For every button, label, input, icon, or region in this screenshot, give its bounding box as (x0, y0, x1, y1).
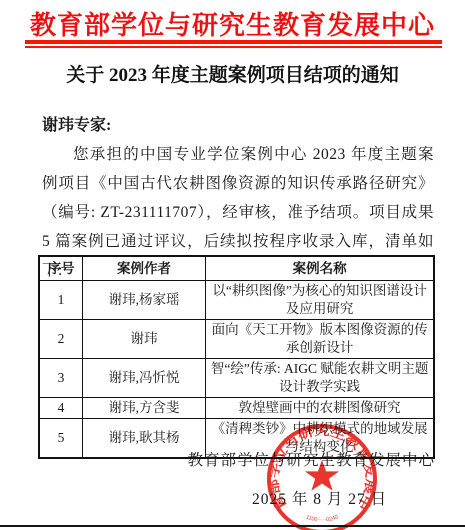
cell-title: 以“耕织图像”为核心的知识图谱设计及应用研究 (206, 281, 434, 320)
official-seal: 教育部学位与研究生教育发展中心 1100·····0240 (264, 421, 380, 530)
notice-document: 教育部学位与研究生教育发展中心 关于 2023 年度主题案例项目结项的通知 谢玮… (0, 0, 465, 530)
salutation: 谢玮专家: (42, 112, 111, 135)
cell-no: 1 (39, 281, 82, 320)
column-header-no: 序号 (39, 256, 82, 281)
letterhead-title: 教育部学位与研究生教育发展中心 (0, 5, 465, 42)
cell-no: 2 (39, 320, 82, 359)
column-header-title: 案例名称 (206, 256, 434, 281)
seal-code: 1100·····0240 (305, 515, 339, 524)
page-bottom-edge (0, 525, 465, 527)
cell-no: 4 (39, 398, 82, 419)
cell-authors: 谢玮 (82, 320, 205, 359)
table-row: 1 谢玮,杨家瑶 以“耕织图像”为核心的知识图谱设计及应用研究 (39, 281, 434, 320)
cell-authors: 谢玮,冯忻悦 (82, 359, 205, 398)
table-row: 3 谢玮,冯忻悦 智“绘”传承: AIGC 赋能农耕文明主题设计教学实践 (39, 359, 434, 398)
table-row: 4 谢玮,方含斐 敦煌壁画中的农耕图像研究 (39, 398, 434, 419)
page-title: 关于 2023 年度主题案例项目结项的通知 (0, 60, 465, 87)
seal-star-icon (305, 460, 339, 491)
cell-no: 5 (39, 419, 82, 459)
cell-authors: 谢玮,方含斐 (82, 398, 205, 419)
table-row: 2 谢玮 面向《天工开物》版本图像资源的传承创新设计 (39, 320, 434, 359)
cell-title: 敦煌壁画中的农耕图像研究 (206, 398, 434, 419)
column-header-authors: 案例作者 (82, 256, 205, 281)
cell-title: 智“绘”传承: AIGC 赋能农耕文明主题设计教学实践 (206, 359, 434, 398)
cell-title: 面向《天工开物》版本图像资源的传承创新设计 (206, 320, 434, 359)
cell-no: 3 (39, 359, 82, 398)
cell-authors: 谢玮,杨家瑶 (82, 281, 205, 320)
table-header-row: 序号 案例作者 案例名称 (39, 256, 434, 281)
letterhead-divider (25, 40, 442, 48)
